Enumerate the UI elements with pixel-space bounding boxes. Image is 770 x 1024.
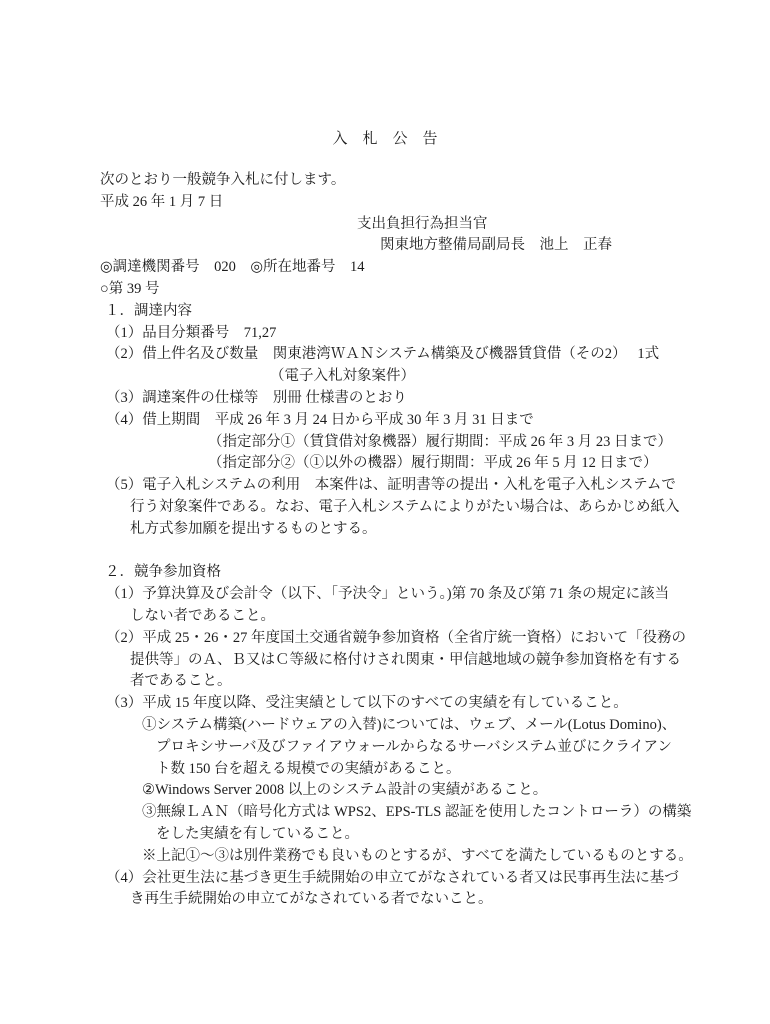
bid-announcement-document: 入 札 公 告 次のとおり一般競争入札に付します。平成 26 年 1 月 7 日… bbox=[0, 128, 770, 911]
document-line: （4）会社更生法に基づき更生手続開始の申立てがなされている者又は民事再生法に基づ bbox=[0, 868, 770, 890]
document-line: ◎調達機関番号 020 ◎所在地番号 14 bbox=[0, 257, 770, 279]
document-line: ①システム構築(ハードウェアの入替)については、ウェブ、メール(Lotus Do… bbox=[0, 715, 770, 737]
document-line: １．調達内容 bbox=[0, 301, 770, 323]
document-line: 者であること。 bbox=[0, 671, 770, 693]
document-line: 関東地方整備局副局長 池上 正春 bbox=[0, 235, 770, 257]
document-line: 提供等」のＡ、Ｂ又はＣ等級に格付けされ関東・甲信越地域の競争参加資格を有する bbox=[0, 650, 770, 672]
document-line: ③無線ＬＡＮ（暗号化方式は WPS2、EPS-TLS 認証を使用したコントローラ… bbox=[0, 802, 770, 824]
document-line: （2）借上件名及び数量 関東港湾ＷＡＮシステム構築及び機器賃貸借（その2） 1式 bbox=[0, 344, 770, 366]
document-line: ※上記①～③は別件業務でも良いものとするが、すべてを満たしているものとする。 bbox=[0, 846, 770, 868]
document-line: 札方式参加願を提出するものとする。 bbox=[0, 519, 770, 541]
document-line: 平成 26 年 1 月 7 日 bbox=[0, 192, 770, 214]
document-line: （3）調達案件の仕様等 別冊 仕様書のとおり bbox=[0, 388, 770, 410]
document-body: 次のとおり一般競争入札に付します。平成 26 年 1 月 7 日支出負担行為担当… bbox=[0, 170, 770, 911]
document-line: ○第 39 号 bbox=[0, 279, 770, 301]
document-title: 入 札 公 告 bbox=[0, 128, 770, 150]
document-line: （電子入札対象案件） bbox=[0, 366, 770, 388]
document-line: （5）電子入札システムの利用 本案件は、証明書等の提出・入札を電子入札システムで bbox=[0, 475, 770, 497]
document-line: （4）借上期間 平成 26 年 3 月 24 日から平成 30 年 3 月 31… bbox=[0, 410, 770, 432]
document-page: 入 札 公 告 次のとおり一般競争入札に付します。平成 26 年 1 月 7 日… bbox=[0, 0, 770, 1024]
document-line: （3）平成 15 年度以降、受注実績として以下のすべての実績を有していること。 bbox=[0, 693, 770, 715]
document-line: 行う対象案件である。なお、電子入札システムによりがたい場合は、あらかじめ紙入 bbox=[0, 497, 770, 519]
document-line: ②Windows Server 2008 以上のシステム設計の実績があること。 bbox=[0, 780, 770, 802]
document-line: をした実績を有していること。 bbox=[0, 824, 770, 846]
document-line: プロキシサーバ及びファイアウォールからなるサーバシステム並びにクライアン bbox=[0, 737, 770, 759]
document-line: （1）品目分類番号 71,27 bbox=[0, 323, 770, 345]
document-line: 次のとおり一般競争入札に付します。 bbox=[0, 170, 770, 192]
document-line: ト数 150 台を超える規模での実績があること。 bbox=[0, 759, 770, 781]
document-line bbox=[0, 541, 770, 563]
document-line: （指定部分①（賃貸借対象機器）履行期間：平成 26 年 3 月 23 日まで） bbox=[0, 432, 770, 454]
document-line: （2）平成 25・26・27 年度国土交通省競争参加資格（全省庁統一資格）におい… bbox=[0, 628, 770, 650]
document-line: 支出負担行為担当官 bbox=[0, 214, 770, 236]
document-line: しない者であること。 bbox=[0, 606, 770, 628]
document-line: ２．競争参加資格 bbox=[0, 562, 770, 584]
document-line: （1）予算決算及び会計令（以下、「予決令」という。)第 70 条及び第 71 条… bbox=[0, 584, 770, 606]
document-line: き再生手続開始の申立てがなされている者でないこと。 bbox=[0, 889, 770, 911]
document-line: （指定部分②（①以外の機器）履行期間：平成 26 年 5 月 12 日まで） bbox=[0, 453, 770, 475]
